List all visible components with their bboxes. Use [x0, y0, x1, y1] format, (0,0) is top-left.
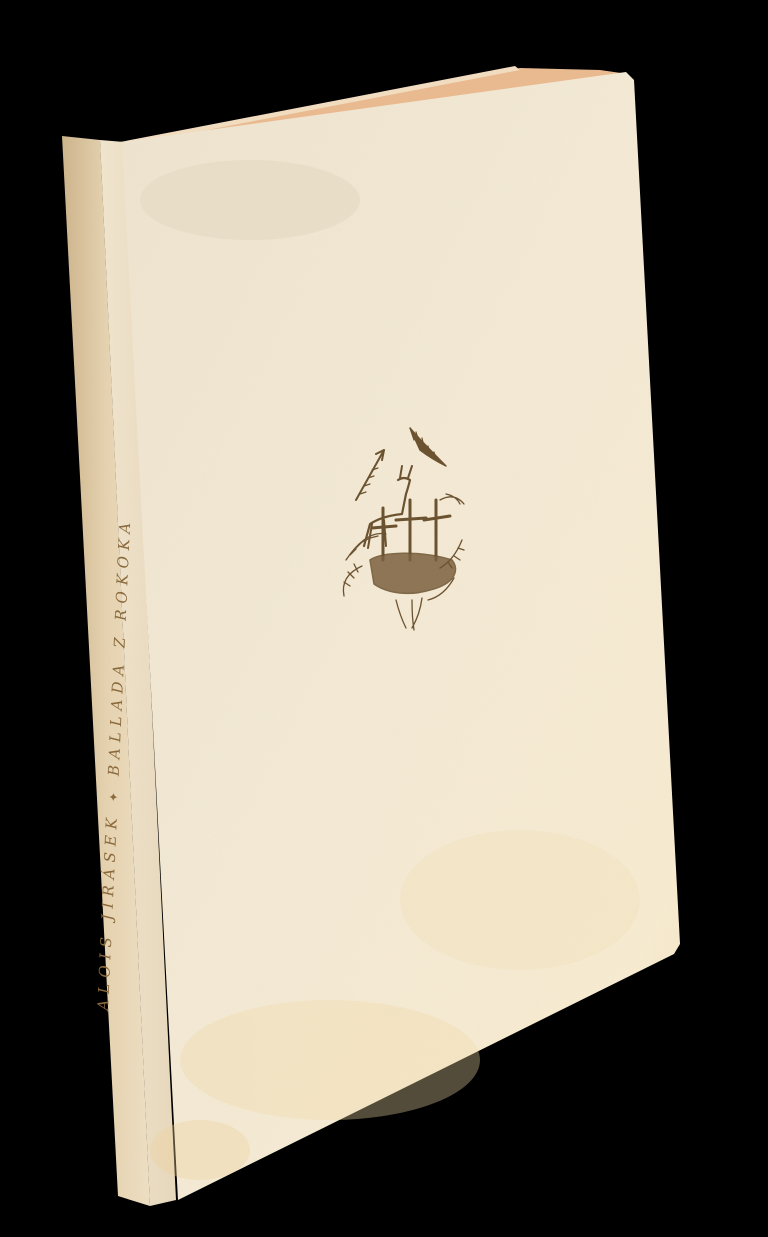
spine-separator-icon: ✦: [106, 786, 121, 803]
